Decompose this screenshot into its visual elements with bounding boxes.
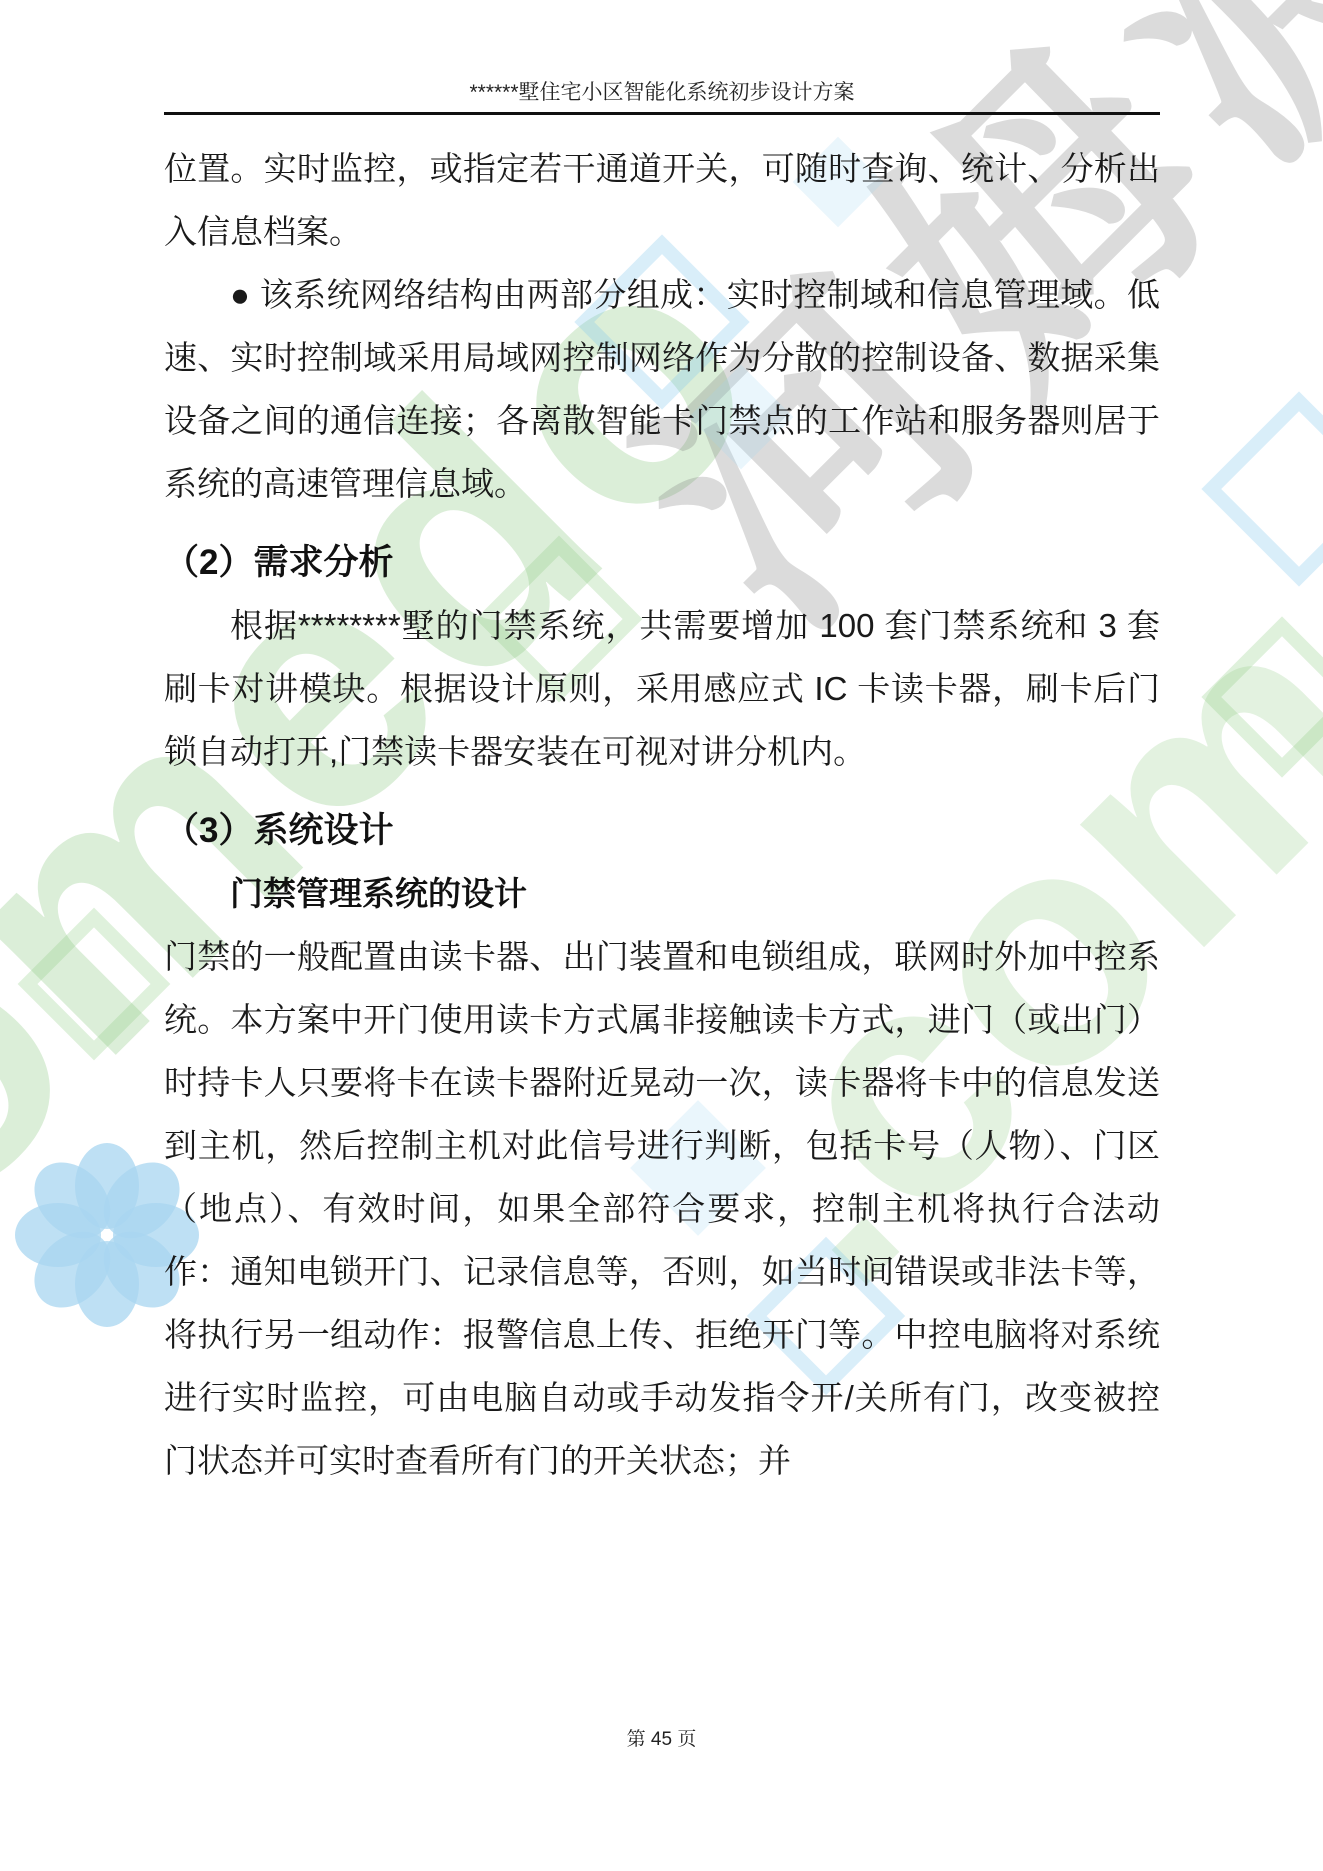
watermark-diamond-icon bbox=[18, 908, 171, 1061]
paragraph-access-control-design: 门禁的一般配置由读卡器、出门装置和电锁组成，联网时外加中控系统。本方案中开门使用… bbox=[164, 925, 1160, 1492]
watermark-diamond-icon bbox=[1201, 616, 1323, 777]
section-heading-system-design: （3）系统设计 bbox=[164, 799, 1160, 862]
watermark-diamond-icon bbox=[1201, 391, 1323, 586]
bullet-paragraph-network-structure: ● 该系统网络结构由两部分组成：实时控制域和信息管理域。低速、实时控制域采用局域… bbox=[164, 263, 1160, 515]
header-rule bbox=[164, 112, 1160, 115]
paragraph-continuation: 位置。实时监控，或指定若干通道开关，可随时查询、统计、分析出入信息档案。 bbox=[164, 137, 1160, 263]
document-page: homedo .com 河姆渡 ******墅住宅小区智能化系统初步设计方案 位… bbox=[0, 0, 1323, 1871]
subsection-heading-access-control-design: 门禁管理系统的设计 bbox=[164, 862, 1160, 925]
page-number: 第 45 页 bbox=[0, 1724, 1323, 1751]
page-header-title: ******墅住宅小区智能化系统初步设计方案 bbox=[164, 76, 1160, 106]
document-content: ******墅住宅小区智能化系统初步设计方案 位置。实时监控，或指定若干通道开关… bbox=[164, 0, 1160, 1492]
paragraph-requirements: 根据********墅的门禁系统，共需要增加 100 套门禁系统和 3 套刷卡对… bbox=[164, 594, 1160, 783]
section-heading-requirements-analysis: （2）需求分析 bbox=[164, 531, 1160, 594]
